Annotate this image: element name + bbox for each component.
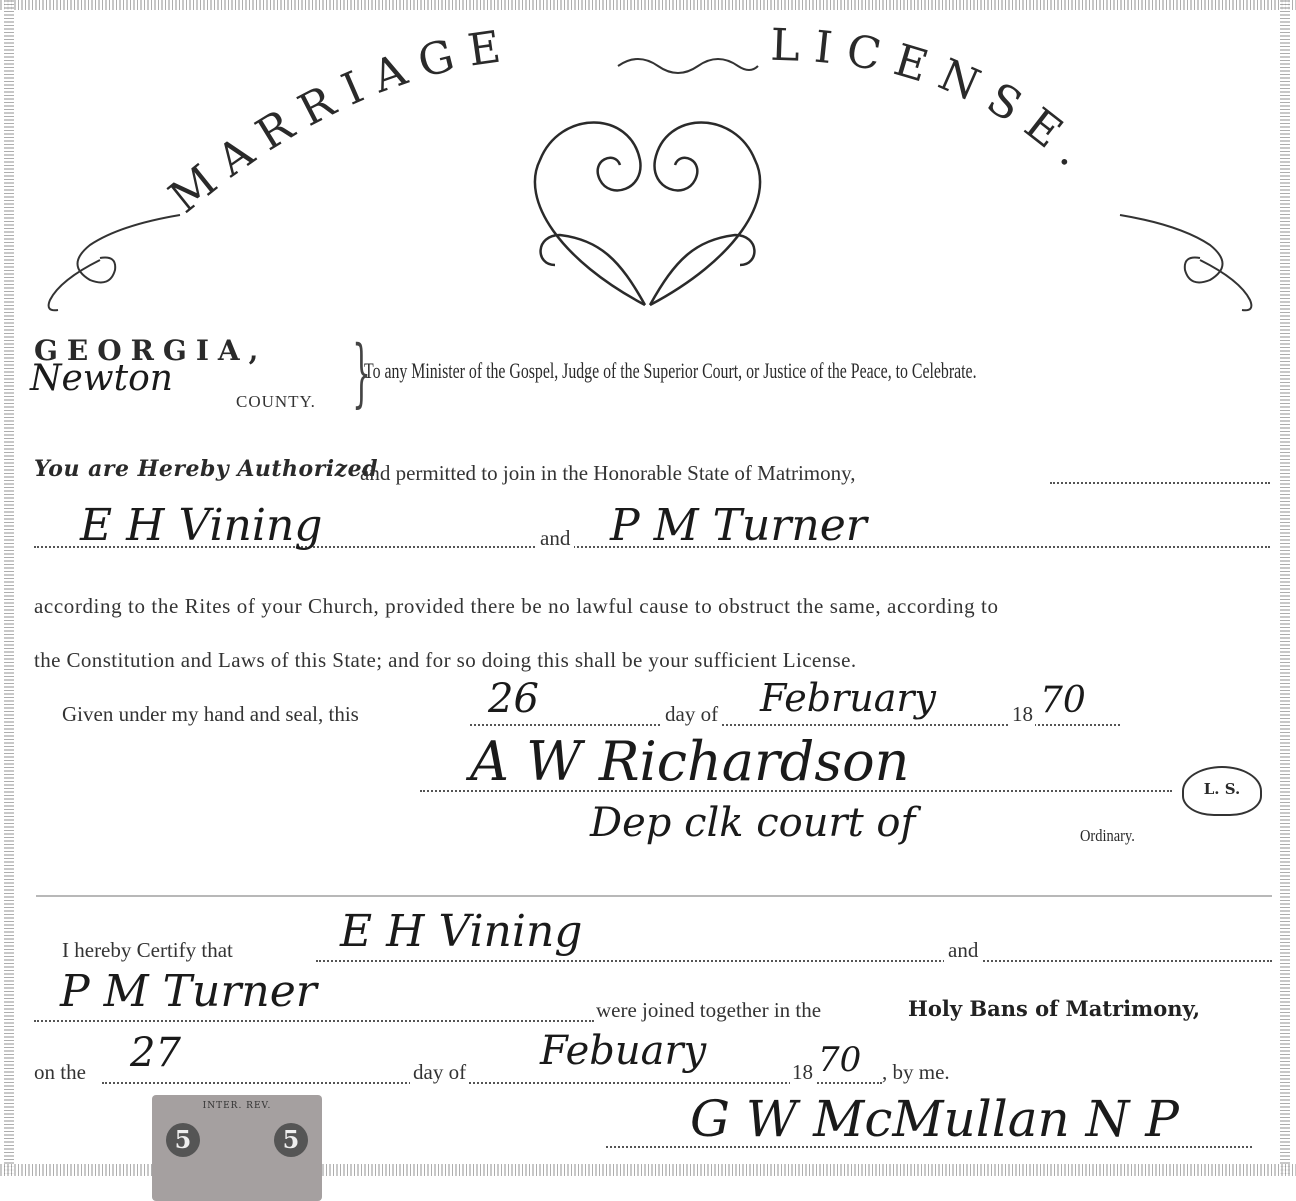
cert-year-handwritten: 70 (818, 1040, 861, 1080)
authorization-text: and permitted to join in the Honorable S… (360, 461, 856, 486)
given-year-prefix: 18 (1010, 702, 1035, 727)
stamp-value-left: 5 (166, 1123, 200, 1157)
county-handwritten: Newton (30, 358, 173, 399)
heart-flourish-icon (535, 123, 760, 306)
title-license: LICENSE. (770, 20, 1106, 186)
title-ornament: MARRIAGE LICENSE. (0, 0, 1296, 320)
certify-prefix: I hereby Certify that (62, 938, 233, 963)
bride-name-handwritten: P M Turner (610, 500, 867, 551)
dotted-line (1050, 482, 1270, 484)
given-day-handwritten: 26 (488, 676, 539, 722)
county-label: COUNTY. (236, 392, 316, 412)
stamp-value-right: 5 (274, 1123, 308, 1157)
given-prefix: Given under my hand and seal, this (62, 702, 359, 727)
given-day-label: day of (662, 702, 721, 727)
groom-name-handwritten: E H Vining (80, 500, 322, 551)
cert-bride-dotted-line (34, 1020, 594, 1022)
paragraph-line-1: according to the Rites of your Church, p… (34, 594, 999, 619)
ordinary-label: Ordinary. (1080, 826, 1135, 846)
cert-date-dotted-line (102, 1082, 882, 1084)
cert-and-label: and (944, 938, 982, 963)
section-divider (36, 895, 1272, 897)
on-the-label: on the (34, 1060, 86, 1085)
address-line: To any Minister of the Gospel, Judge of … (364, 358, 977, 384)
cert-day-handwritten: 27 (130, 1030, 181, 1076)
given-year-handwritten: 70 (1040, 680, 1086, 721)
revenue-stamp: INTER. REV. 5 5 (152, 1095, 322, 1201)
given-month-handwritten: February (760, 676, 936, 720)
ordinary-signature: A W Richardson (470, 730, 909, 793)
and-label: and (536, 526, 574, 551)
cert-month-handwritten: Febuary (540, 1028, 706, 1074)
seal-ls: L. S. (1182, 766, 1262, 816)
title-marriage: MARRIAGE (160, 20, 518, 224)
certify-dotted-line (316, 960, 1272, 962)
cert-day-label: day of (410, 1060, 469, 1085)
joined-text: were joined together in the (596, 998, 821, 1023)
paragraph-line-2: the Constitution and Laws of this State;… (34, 648, 856, 673)
cert-bride-handwritten: P M Turner (60, 966, 317, 1017)
cert-groom-handwritten: E H Vining (340, 906, 582, 957)
officiant-signature: G W McMullan N P (690, 1090, 1179, 1148)
cert-year-prefix: 18 (790, 1060, 815, 1085)
by-me-label: , by me. (882, 1060, 950, 1085)
stamp-caption: INTER. REV. (152, 1101, 322, 1111)
holy-bans-text: Holy Bans of Matrimony, (908, 996, 1200, 1021)
ordinary-title-handwritten: Dep clk court of (590, 800, 915, 846)
authorization-prefix: You are Hereby Authorized (34, 456, 378, 482)
